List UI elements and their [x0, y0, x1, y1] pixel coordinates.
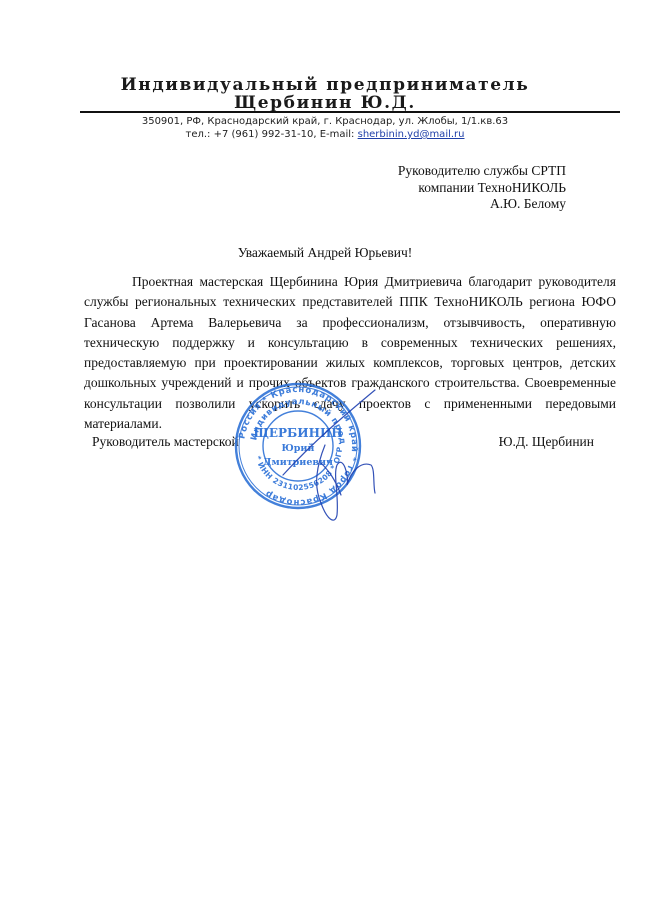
- letterhead-contacts: тел.: +7 (961) 992-31-10, E-mail: sherbi…: [0, 128, 650, 141]
- letterhead-title-line2: Щербинин Ю.Д.: [0, 94, 650, 112]
- addressee-line3: А.Ю. Белому: [398, 196, 566, 213]
- addressee-line2: компании ТехноНИКОЛЬ: [398, 180, 566, 197]
- letterhead-address: 350901, РФ, Краснодарский край, г. Красн…: [0, 115, 650, 128]
- signature-position: Руководитель мастерской: [92, 434, 239, 450]
- letterhead-title-line1: Индивидуальный предприниматель: [0, 76, 650, 94]
- greeting: Уважаемый Андрей Юрьевич!: [0, 245, 650, 261]
- addressee-block: Руководителю службы СРТП компании ТехноН…: [398, 163, 566, 213]
- addressee-line1: Руководителю службы СРТП: [398, 163, 566, 180]
- phone-text: тел.: +7 (961) 992-31-10, E-mail:: [186, 129, 358, 140]
- signature-name: Ю.Д. Щербинин: [499, 434, 594, 450]
- seal-stamp-icon: Россия * Краснодарский край * город Крас…: [225, 375, 405, 535]
- email-link[interactable]: sherbinin.yd@mail.ru: [358, 129, 465, 140]
- svg-text:ЩЕРБИНИН: ЩЕРБИНИН: [253, 426, 342, 440]
- letterhead-divider: [80, 111, 620, 113]
